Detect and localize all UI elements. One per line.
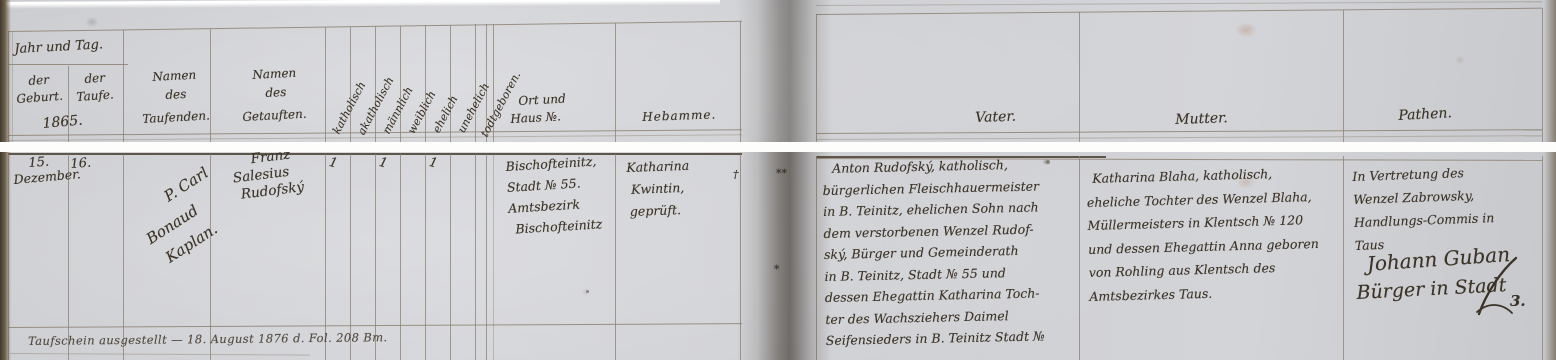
col-header-taufe: der [84,71,105,86]
baptized-name: Franz Salesius Rudofský [228,152,305,205]
ruled-line [1343,156,1344,360]
father-entry-line: dessen Ehegattin Katharina Toch- [825,282,1044,308]
ruled-line [123,154,124,360]
ruled-line [325,154,326,360]
ruled-line [740,154,741,360]
ruled-line [475,24,476,142]
col-header-vater: Vater. [975,109,1016,126]
page-edge [1544,0,1556,142]
father-entry-line: ský, Bürger und Gemeinderath [824,239,1043,265]
col-header-pathen: Pathen. [1398,105,1452,124]
entry-midwife-line: Katharina [626,155,690,179]
ruled-line [350,27,351,142]
ruled-line [816,156,817,360]
ruled-line [493,154,494,360]
ruled-line [400,154,401,360]
col-header-ort: Haus №. [510,109,561,126]
ruled-line [68,66,69,142]
col-header-hebamme: Hebamme. [642,107,717,124]
entry-place: Bischofteinitz, Stadt № 55. Amtsbezirk B… [505,152,603,240]
scan-strip-entry: 15. Dezember. 16. P. Carl Bonaud Kaplan.… [0,152,1556,360]
ruled-line [615,23,616,142]
ruled-line [375,26,376,142]
ruled-line [615,154,616,360]
entry-midwife: Katharina Kwintin, geprüft. [626,155,691,223]
ruled-line [1542,8,1543,142]
mother-entry: Katharina Blaha, katholisch, eheliche To… [1086,161,1320,308]
godparent-entry: In Vertretung des Wenzel Zabrowsky, Hand… [1352,160,1496,257]
ruled-line [375,154,376,360]
ruled-line [486,154,487,360]
ruled-line [1542,156,1543,360]
col-header-geburt: der [28,73,49,88]
entry-baptism-day: 16. [70,156,92,172]
father-entry-line: Seifensieders in B. Teinitz Stadt № [826,325,1045,351]
page-edge [0,152,11,360]
margin-mark: † [733,168,739,181]
col-header-mutter: Mutter. [1175,110,1228,128]
ruled-line [12,31,13,142]
entry-number: 3. [1510,292,1526,310]
page-edge [1544,152,1556,360]
scan-strip-header: Jahr und Tag. der Geburt. 1865. der Tauf… [0,0,1556,142]
ruled-line [1079,12,1080,142]
ruled-line [325,27,326,142]
ruled-line [123,30,124,142]
col-header-ort: Ort und [518,92,566,108]
register-scan-page: Jahr und Tag. der Geburt. 1865. der Tauf… [0,0,1556,360]
col-header-getaufter: Namen [252,66,297,82]
ink-speck [586,290,589,293]
ruled-line [400,26,401,142]
page-edge [0,0,11,142]
ruled-line [1343,10,1344,142]
godparent-entry-line: Handlungs-Commis in [1354,206,1495,234]
signature-flourish-icon [1472,254,1524,320]
ruled-line [450,154,451,360]
ruled-line [68,154,69,360]
margin-mark: * [774,263,780,276]
col-header-getaufter: des [265,85,287,100]
ruled-line [740,21,741,142]
entry-midwife-line: geprüft. [630,199,692,223]
margin-mark: ** [776,167,787,180]
ruled-line [1079,156,1080,360]
ruled-line [450,25,451,142]
paper-background [0,0,1556,142]
ruled-line [816,14,817,142]
col-header-taufender: des [165,87,187,102]
ruled-line [425,154,426,360]
ruled-line [350,154,351,360]
ruled-line [8,64,128,65]
ink-speck [1046,160,1050,164]
ruled-line [475,154,476,360]
col-header-taufe: Taufe. [76,87,114,104]
ruled-line [425,25,426,142]
father-entry: Anton Rudofský, katholisch, bürgerlichen… [822,153,1045,351]
col-header-taufender: Namen [152,68,197,84]
entry-midwife-line: Kwintin, [631,177,691,201]
ruled-line [210,29,211,142]
